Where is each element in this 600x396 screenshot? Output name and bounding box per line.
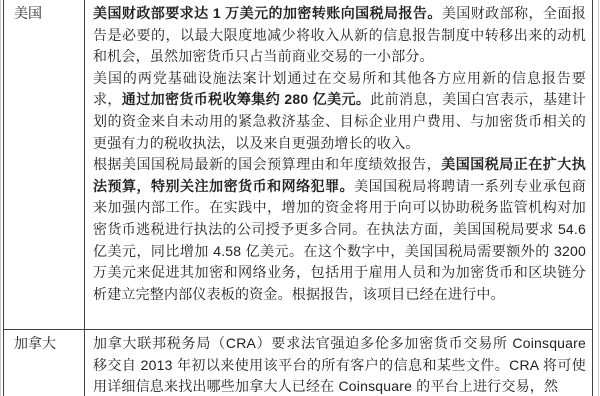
table-row: 加拿大加拿大联邦税务局（CRA）要求法官强迫多伦多加密货币交易所 Coinsqu… [4,330,592,396]
text-run: 加拿大联邦税务局（CRA）要求法官强迫多伦多加密货币交易所 Coinsquare… [93,335,586,394]
detail-cell: 美国财政部要求达 1 万美元的加密转账向国税局报告。美国财政部称，全面报告是必要… [85,0,592,329]
paragraph: 根据美国国税局最新的国会预算理由和年度绩效报告，美国国税局正在扩大执法预算，特别… [93,154,586,305]
text-run: 美国国税局将聘请一系列专业承包商来加强内部工作。在实践中，增加的资金将用于向可以… [93,178,586,302]
outer-frame-left-line [0,0,1,396]
bold-text-run: 美国财政部要求达 1 万美元的加密转账向国税局报告。 [93,5,442,21]
table-row: 美国美国财政部要求达 1 万美元的加密转账向国税局报告。美国财政部称，全面报告是… [4,0,592,330]
country-cell: 加拿大 [4,330,85,396]
outer-frame-right-line [598,0,599,396]
document-page: 美国美国财政部要求达 1 万美元的加密转账向国税局报告。美国财政部称，全面报告是… [0,0,600,396]
detail-cell: 加拿大联邦税务局（CRA）要求法官强迫多伦多加密货币交易所 Coinsquare… [85,330,592,396]
regulation-table: 美国美国财政部要求达 1 万美元的加密转账向国税局报告。美国财政部称，全面报告是… [3,0,593,396]
paragraph: 美国财政部要求达 1 万美元的加密转账向国税局报告。美国财政部称，全面报告是必要… [93,3,586,68]
bold-text-run: 通过加密货币税收筹集约 280 亿美元。 [122,91,370,107]
paragraph: 加拿大联邦税务局（CRA）要求法官强迫多伦多加密货币交易所 Coinsquare… [93,333,586,396]
text-run: 根据美国国税局最新的国会预算理由和年度绩效报告， [93,156,441,172]
country-cell: 美国 [4,0,85,329]
paragraph: 美国的两党基础设施法案计划通过在交易所和其他各方应用新的信息报告要求，通过加密货… [93,68,586,154]
